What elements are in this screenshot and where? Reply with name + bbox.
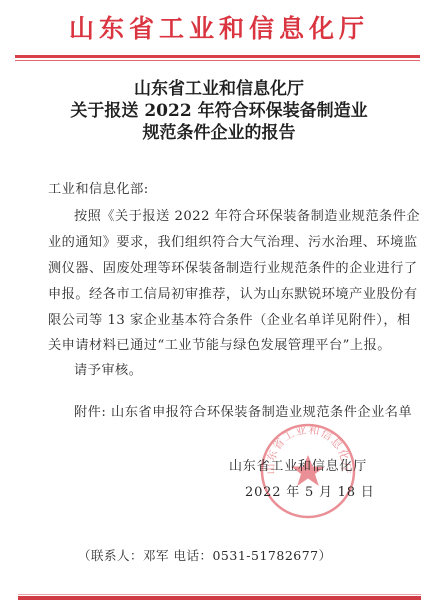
footer-rule-thin — [18, 594, 421, 595]
body-closing: 请予审核。 — [74, 362, 142, 380]
masthead-org-name: 山东省工业和信息化厅 — [0, 14, 438, 44]
body-line-6: 关申请材料已通过“工业节能与绿色发展管理平台”上报。 — [48, 337, 391, 355]
attachment-note: 附件: 山东省申报符合环保装备制造业规范条件企业名单 — [74, 404, 412, 422]
masthead-rule-thin — [15, 60, 420, 61]
signature-date: 2022 年 5 月 18 日 — [245, 481, 375, 500]
document-title-line-1: 山东省工业和信息化厅 — [0, 78, 438, 100]
footer-rule — [18, 596, 421, 600]
masthead-rule-thick — [15, 55, 420, 58]
body-line-1: 按照《关于报送 2022 年符合环保装备制造业规范条件企 — [74, 208, 420, 226]
signature-org: 山东省工业和信息化厅 — [229, 455, 367, 474]
body-line-5: 限公司等 13 家企业基本符合条件（企业名单详见附件），相 — [48, 312, 411, 330]
contact-info: （联系人：邓军 电话：0531-51782677） — [78, 547, 332, 565]
body-line-3: 测仪器、固废处理等环保装备制造行业规范条件的企业进行了 — [48, 260, 418, 278]
body-line-4: 申报。经各市工信局初审推荐，认为山东默锐环境产业股份有 — [48, 286, 418, 304]
document-title-line-3: 规范条件企业的报告 — [0, 122, 438, 144]
body-line-2: 业的通知》要求，我们组织符合大气治理、污水治理、环境监 — [48, 234, 418, 252]
salutation: 工业和信息化部: — [48, 181, 149, 199]
document-title-line-2: 关于报送 2022 年符合环保装备制造业 — [0, 100, 438, 122]
